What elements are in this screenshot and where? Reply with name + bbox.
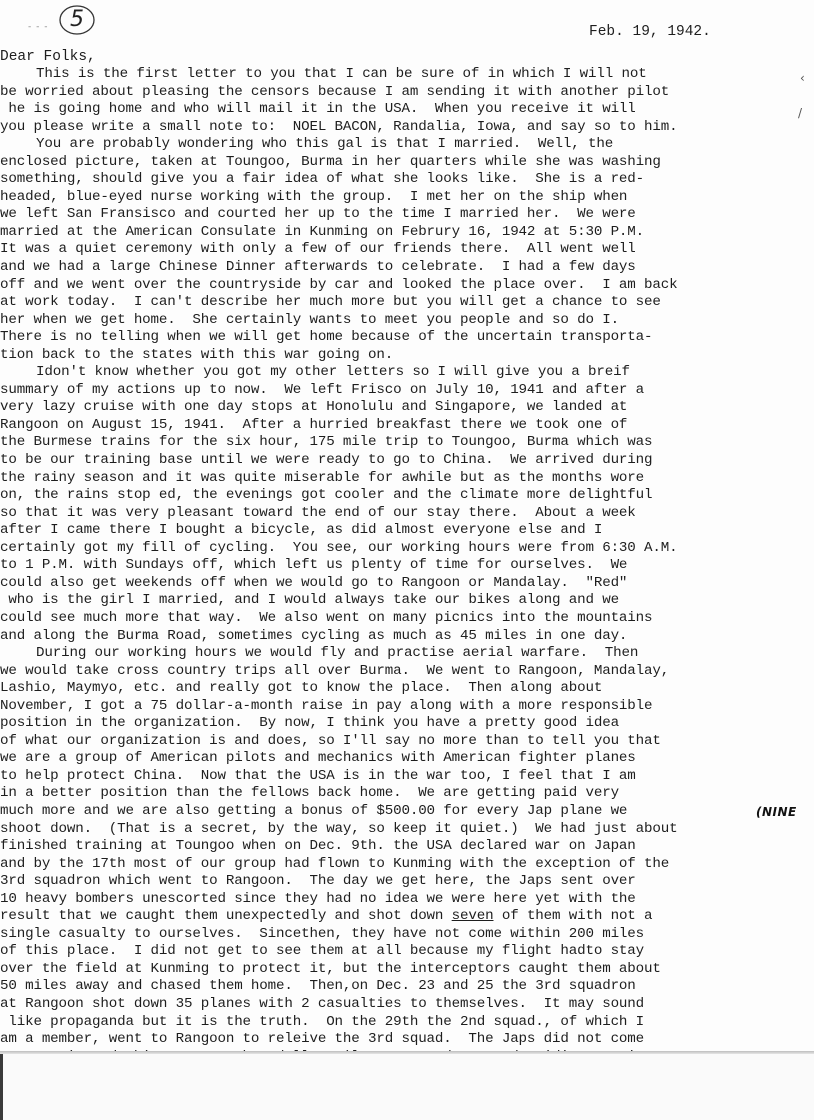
letter-line: and we had a large Chinese Dinner afterw… — [0, 259, 814, 277]
letter-line: to help protect China. Now that the USA … — [0, 768, 814, 786]
letter-line: finished training at Toungoo when on Dec… — [0, 838, 814, 856]
letter-line: we are a group of American pilots and me… — [0, 750, 814, 768]
line-text: on, the rains stop ed, the evenings got … — [0, 487, 652, 503]
letter-date: Feb. 19, 1942. — [589, 24, 711, 40]
line-text: in a better position than the fellows ba… — [0, 785, 619, 801]
letter-line: to 1 P.M. with Sundays off, which left u… — [0, 557, 814, 575]
line-text: 10 heavy bombers unescorted since they h… — [0, 891, 636, 907]
line-text: we would take cross country trips all ov… — [0, 663, 669, 679]
line-text: at work today. I can't describe her much… — [0, 294, 661, 310]
line-text: who is the girl I married, and I would a… — [0, 592, 619, 608]
line-text: This is the first letter to you that I c… — [36, 66, 647, 82]
margin-arrow-mark: ‹ — [800, 71, 805, 85]
letter-line: could see much more that way. We also we… — [0, 610, 814, 628]
line-text: he is going home and who will mail it in… — [0, 101, 636, 117]
line-text: at Rangoon shot down 35 planes with 2 ca… — [0, 996, 644, 1012]
line-text: headed, blue-eyed nurse working with the… — [0, 189, 627, 205]
letter-line: the Burmese trains for the six hour, 175… — [0, 434, 814, 452]
line-text: her when we get home. She certainly want… — [0, 312, 619, 328]
line-text: very lazy cruise with one day stops at H… — [0, 399, 627, 415]
handwritten-annotation: (NINE — [756, 805, 797, 819]
letter-line: summary of my actions up to now. We left… — [0, 382, 814, 400]
line-text: shoot down. (That is a secret, by the wa… — [0, 821, 677, 837]
line-text: summary of my actions up to now. We left… — [0, 382, 644, 398]
letter-line: You are probably wondering who this gal … — [0, 136, 814, 154]
underlined-word: seven — [452, 908, 494, 924]
letter-line: something, should give you a fair idea o… — [0, 171, 814, 189]
line-text: finished training at Toungoo when on Dec… — [0, 838, 636, 854]
letter-line: position in the organization. By now, I … — [0, 715, 814, 733]
line-text: tion back to the states with this war go… — [0, 347, 393, 363]
line-text: the rainy season and it was quite misera… — [0, 470, 644, 486]
line-text: so that it was very pleasant toward the … — [0, 505, 636, 521]
line-text: of this place. I did not get to see them… — [0, 943, 644, 959]
line-text: November, I got a 75 dollar-a-month rais… — [0, 698, 652, 714]
margin-slash-mark: / — [798, 106, 802, 120]
line-text: During our working hours we would fly an… — [36, 645, 638, 661]
line-text: result that we caught them unexpectedly … — [0, 908, 452, 924]
letter-line: result that we caught them unexpectedly … — [0, 908, 814, 926]
line-text: could also get weekends off when we woul… — [0, 575, 627, 591]
letter-line: single casualty to ourselves. Sincethen,… — [0, 926, 814, 944]
letter-line: This is the first letter to you that I c… — [0, 66, 814, 84]
letter-line: so that it was very pleasant toward the … — [0, 505, 814, 523]
line-text: 3rd squadron which went to Rangoon. The … — [0, 873, 636, 889]
line-text: position in the organization. By now, I … — [0, 715, 619, 731]
letter-line: and by the 17th most of our group had fl… — [0, 856, 814, 874]
page-number: 5 — [60, 6, 94, 34]
letter-line: off and we went over the countryside by … — [0, 277, 814, 295]
line-text: you please write a small note to: NOEL B… — [0, 119, 677, 135]
underlying-page — [0, 1054, 814, 1120]
letter-line: after I came there I bought a bicycle, a… — [0, 522, 814, 540]
scan-border — [0, 1054, 3, 1120]
line-text: to help protect China. Now that the USA … — [0, 768, 636, 784]
letter-line: on, the rains stop ed, the evenings got … — [0, 487, 814, 505]
letter-body: This is the first letter to you that I c… — [0, 66, 814, 1119]
letter-line: During our working hours we would fly an… — [0, 645, 814, 663]
line-text: like propaganda but it is the truth. On … — [0, 1014, 644, 1030]
letter-line: be worried about pleasing the censors be… — [0, 84, 814, 102]
letter-line: married at the American Consulate in Kun… — [0, 224, 814, 242]
letter-line: Idon't know whether you got my other let… — [0, 364, 814, 382]
letter-line: could also get weekends off when we woul… — [0, 575, 814, 593]
letter-page: - - - 5 Feb. 19, 1942. Dear Folks, This … — [0, 0, 814, 1052]
line-text: enclosed picture, taken at Toungoo, Burm… — [0, 154, 661, 170]
line-text: to be our training base until we were re… — [0, 452, 652, 468]
line-text: over the field at Kunming to protect it,… — [0, 961, 661, 977]
letter-line: very lazy cruise with one day stops at H… — [0, 399, 814, 417]
letter-line: her when we get home. She certainly want… — [0, 312, 814, 330]
page-number-text: 5 — [70, 7, 84, 32]
letter-line: the rainy season and it was quite misera… — [0, 470, 814, 488]
line-text: 50 miles away and chased them home. Then… — [0, 978, 636, 994]
letter-line: 3rd squadron which went to Rangoon. The … — [0, 873, 814, 891]
letter-line: November, I got a 75 dollar-a-month rais… — [0, 698, 814, 716]
line-text: You are probably wondering who this gal … — [36, 136, 613, 152]
letter-line: at Rangoon shot down 35 planes with 2 ca… — [0, 996, 814, 1014]
letter-line: There is no telling when we will get hom… — [0, 329, 814, 347]
letter-line: 10 heavy bombers unescorted since they h… — [0, 891, 814, 909]
line-text: am a member, went to Rangoon to releive … — [0, 1031, 644, 1047]
line-text: after I came there I bought a bicycle, a… — [0, 522, 602, 538]
letter-line: over the field at Kunming to protect it,… — [0, 961, 814, 979]
letter-line: of what our organization is and does, so… — [0, 733, 814, 751]
line-text-after: of them with not a — [493, 908, 652, 924]
line-text: Lashio, Maymyo, etc. and really got to k… — [0, 680, 602, 696]
letter-line: he is going home and who will mail it in… — [0, 101, 814, 119]
line-text: It was a quiet ceremony with only a few … — [0, 241, 636, 257]
line-text: single casualty to ourselves. Sincethen,… — [0, 926, 644, 942]
salutation: Dear Folks, — [0, 49, 96, 65]
line-text: off and we went over the countryside by … — [0, 277, 677, 293]
line-text: to 1 P.M. with Sundays off, which left u… — [0, 557, 627, 573]
line-text: we are a group of American pilots and me… — [0, 750, 636, 766]
line-text: and along the Burma Road, sometimes cycl… — [0, 628, 627, 644]
letter-line: 50 miles away and chased them home. Then… — [0, 978, 814, 996]
letter-line: Rangoon on August 15, 1941. After a hurr… — [0, 417, 814, 435]
letter-line: tion back to the states with this war go… — [0, 347, 814, 365]
letter-line: certainly got my fill of cycling. You se… — [0, 540, 814, 558]
line-text: much more and we are also getting a bonu… — [0, 803, 627, 819]
line-text: married at the American Consulate in Kun… — [0, 224, 644, 240]
letter-line: we left San Fransisco and courted her up… — [0, 206, 814, 224]
letter-line: in a better position than the fellows ba… — [0, 785, 814, 803]
line-text: something, should give you a fair idea o… — [0, 171, 644, 187]
line-text: There is no telling when we will get hom… — [0, 329, 652, 345]
letter-line: and along the Burma Road, sometimes cycl… — [0, 628, 814, 646]
letter-line: you please write a small note to: NOEL B… — [0, 119, 814, 137]
letter-line: Lashio, Maymyo, etc. and really got to k… — [0, 680, 814, 698]
line-text: and by the 17th most of our group had fl… — [0, 856, 669, 872]
line-text: and we had a large Chinese Dinner afterw… — [0, 259, 636, 275]
letter-line: we would take cross country trips all ov… — [0, 663, 814, 681]
line-text: the Burmese trains for the six hour, 175… — [0, 434, 652, 450]
line-text: certainly got my fill of cycling. You se… — [0, 540, 677, 556]
letter-line: who is the girl I married, and I would a… — [0, 592, 814, 610]
line-text: could see much more that way. We also we… — [0, 610, 652, 626]
line-text: Idon't know whether you got my other let… — [36, 364, 630, 380]
letter-line: like propaganda but it is the truth. On … — [0, 1014, 814, 1032]
page-number-dash: - - - — [28, 22, 48, 32]
letter-line: to be our training base until we were re… — [0, 452, 814, 470]
letter-line: headed, blue-eyed nurse working with the… — [0, 189, 814, 207]
letter-line: shoot down. (That is a secret, by the wa… — [0, 821, 814, 839]
line-text: of what our organization is and does, so… — [0, 733, 661, 749]
letter-line: It was a quiet ceremony with only a few … — [0, 241, 814, 259]
letter-line: enclosed picture, taken at Toungoo, Burm… — [0, 154, 814, 172]
line-text: be worried about pleasing the censors be… — [0, 84, 669, 100]
line-text: Rangoon on August 15, 1941. After a hurr… — [0, 417, 627, 433]
line-text: we left San Fransisco and courted her up… — [0, 206, 636, 222]
letter-line: of this place. I did not get to see them… — [0, 943, 814, 961]
letter-line: at work today. I can't describe her much… — [0, 294, 814, 312]
letter-line: am a member, went to Rangoon to releive … — [0, 1031, 814, 1049]
letter-line: much more and we are also getting a bonu… — [0, 803, 814, 821]
